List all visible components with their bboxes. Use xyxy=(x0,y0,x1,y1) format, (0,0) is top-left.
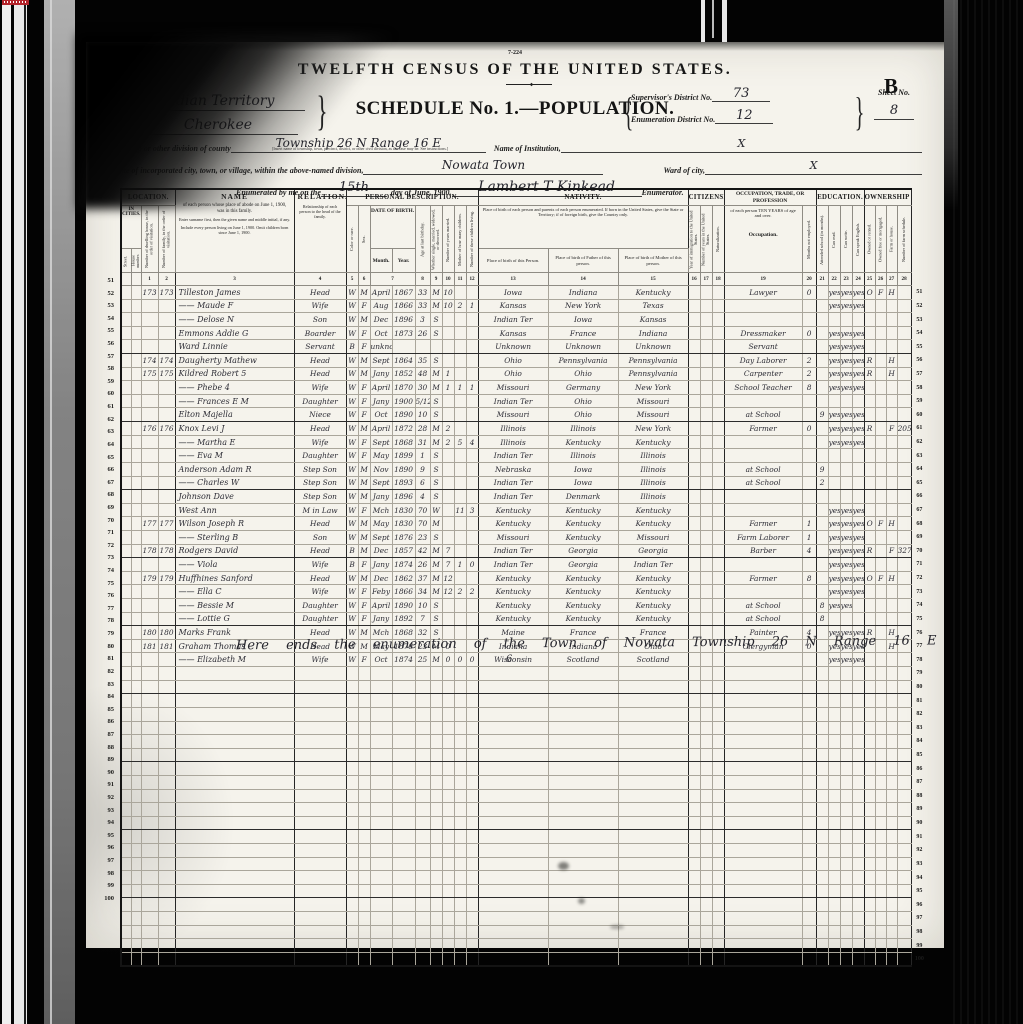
cell-fm: 180 xyxy=(158,626,175,640)
cell-lv: 1 xyxy=(466,381,478,395)
cell-age xyxy=(415,816,430,830)
left-line-number: 63 xyxy=(92,426,114,439)
header-can-speak-english: Can speak English. xyxy=(852,206,864,273)
left-line-number: 99 xyxy=(92,880,114,893)
cell-wr xyxy=(840,803,852,817)
cell-race xyxy=(346,871,358,885)
cell-ym: 1 xyxy=(442,367,454,381)
cell-age: 30 xyxy=(415,381,430,395)
cell-st xyxy=(121,612,131,626)
cell-rd: yes xyxy=(828,517,840,531)
cell-ch: 1 xyxy=(454,558,466,572)
cell-ms xyxy=(430,748,442,762)
census-row: 91 xyxy=(121,830,927,844)
cell-own xyxy=(864,871,875,885)
cell-rel xyxy=(294,871,346,885)
institution-value: X xyxy=(737,137,745,150)
cell-hn xyxy=(131,599,141,613)
cell-ch xyxy=(454,408,466,422)
cell-rel xyxy=(294,830,346,844)
cell-lv xyxy=(466,830,478,844)
cell-ln: 91 xyxy=(911,830,927,844)
cell-st xyxy=(121,544,131,558)
cell-pb: Indian Ter xyxy=(478,558,548,572)
cell-fh xyxy=(886,857,897,871)
cell-wr xyxy=(840,925,852,939)
cell-fm xyxy=(158,830,175,844)
cell-ch xyxy=(454,884,466,898)
cell-en xyxy=(852,952,864,966)
cell-yr xyxy=(392,925,415,939)
cell-name: Daugherty Mathew xyxy=(175,354,294,368)
cell-pb: Missouri xyxy=(478,408,548,422)
cell-na xyxy=(712,571,724,585)
ward-value: X xyxy=(810,159,818,172)
census-row: 84 xyxy=(121,735,927,749)
cell-sex xyxy=(358,912,370,926)
cell-ch xyxy=(454,612,466,626)
cell-na xyxy=(712,912,724,926)
cell-fm xyxy=(158,775,175,789)
cell-sex xyxy=(358,721,370,735)
cell-wr: yes xyxy=(840,503,852,517)
cell-free xyxy=(875,313,886,327)
cell-ch xyxy=(454,748,466,762)
cell-fm xyxy=(158,435,175,449)
cell-ch xyxy=(454,571,466,585)
cell-en xyxy=(852,939,864,953)
left-line-number: 55 xyxy=(92,325,114,338)
cell-name: —— Sterling B xyxy=(175,530,294,544)
cell-pb xyxy=(478,680,548,694)
cell-free xyxy=(875,530,886,544)
header-immigration-year: Year of immigration to the United States… xyxy=(688,206,700,273)
cell-pb: Iowa xyxy=(478,286,548,300)
cell-st xyxy=(121,367,131,381)
cell-occ xyxy=(724,694,802,708)
cell-hn xyxy=(131,517,141,531)
cell-race: W xyxy=(346,408,358,422)
cell-fh xyxy=(886,707,897,721)
cell-sex: F xyxy=(358,612,370,626)
cell-name: Wilson Joseph R xyxy=(175,517,294,531)
cell-ch: 11 xyxy=(454,503,466,517)
cell-rd: yes xyxy=(828,354,840,368)
cell-mne xyxy=(802,653,816,667)
cell-na xyxy=(712,517,724,531)
cell-ms: M xyxy=(430,435,442,449)
cell-mne xyxy=(802,871,816,885)
cell-occ xyxy=(724,816,802,830)
cell-na xyxy=(712,803,724,817)
cell-dw xyxy=(141,462,158,476)
cell-mne xyxy=(802,667,816,681)
left-line-number: 94 xyxy=(92,817,114,830)
cell-own xyxy=(864,612,875,626)
cell-fh xyxy=(886,340,897,354)
cell-yr: 1864 xyxy=(392,354,415,368)
cell-yr: 1896 xyxy=(392,490,415,504)
cell-hn xyxy=(131,394,141,408)
cell-sch xyxy=(816,871,828,885)
cell-race: W xyxy=(346,571,358,585)
cell-hn xyxy=(131,653,141,667)
cell-wr xyxy=(840,707,852,721)
cell-ym xyxy=(442,326,454,340)
cell-fm xyxy=(158,721,175,735)
cell-fh xyxy=(886,530,897,544)
cell-dw xyxy=(141,816,158,830)
cell-ym xyxy=(442,803,454,817)
cell-own xyxy=(864,748,875,762)
cell-free xyxy=(875,680,886,694)
cell-st xyxy=(121,286,131,300)
cell-im xyxy=(688,925,700,939)
left-line-number: 71 xyxy=(92,527,114,540)
cell-race: B xyxy=(346,558,358,572)
cell-fh xyxy=(886,653,897,667)
cell-ms: S xyxy=(430,476,442,490)
cell-free xyxy=(875,367,886,381)
cell-ch xyxy=(454,367,466,381)
cell-own xyxy=(864,462,875,476)
cell-en: yes xyxy=(852,422,864,436)
left-line-number: 81 xyxy=(92,653,114,666)
cell-wr xyxy=(840,694,852,708)
cell-sch xyxy=(816,585,828,599)
cell-free xyxy=(875,299,886,313)
cell-own xyxy=(864,667,875,681)
ink-smudge xyxy=(610,925,624,929)
census-row: 85 xyxy=(121,748,927,762)
cell-occ xyxy=(724,803,802,817)
cell-sex xyxy=(358,843,370,857)
cell-dw xyxy=(141,884,158,898)
header-year: Year. xyxy=(392,249,415,273)
cell-rd xyxy=(828,912,840,926)
cell-st xyxy=(121,354,131,368)
cell-pbf: Illinois xyxy=(548,422,618,436)
cell-sex xyxy=(358,707,370,721)
cell-sex: F xyxy=(358,381,370,395)
cell-yr xyxy=(392,721,415,735)
cell-lv: 0 xyxy=(466,558,478,572)
cell-age xyxy=(415,871,430,885)
cell-ch xyxy=(454,340,466,354)
cell-en xyxy=(852,830,864,844)
left-line-number: 67 xyxy=(92,477,114,490)
cell-pb xyxy=(478,843,548,857)
cell-pbf: Kentucky xyxy=(548,530,618,544)
cell-name xyxy=(175,939,294,953)
cell-wr: yes xyxy=(840,422,852,436)
cell-pbm: Kentucky xyxy=(618,435,688,449)
cell-own: O xyxy=(864,571,875,585)
cell-pbf: Unknown xyxy=(548,340,618,354)
cell-name: —— Bessie M xyxy=(175,599,294,613)
cell-ln: 75 xyxy=(911,612,927,626)
cell-rd: yes xyxy=(828,530,840,544)
cell-mo: Oct xyxy=(370,408,392,422)
cell-race: W xyxy=(346,449,358,463)
cell-ch xyxy=(454,925,466,939)
header-mother-children: Mother of how many children. xyxy=(454,206,466,273)
cell-age: 70 xyxy=(415,517,430,531)
census-row: —— Martha EWifeWFSept186831M254IllinoisK… xyxy=(121,435,927,449)
cell-sex xyxy=(358,898,370,912)
header-farm-schedule: Number of farm schedule. xyxy=(897,206,911,273)
cell-dw xyxy=(141,680,158,694)
cell-pbf: Illinois xyxy=(548,449,618,463)
cell-fm: 181 xyxy=(158,639,175,653)
cell-pb xyxy=(478,721,548,735)
cell-yu xyxy=(700,871,712,885)
cell-fm xyxy=(158,925,175,939)
cell-hn xyxy=(131,313,141,327)
cell-rd: yes xyxy=(828,571,840,585)
cell-ms xyxy=(430,871,442,885)
cell-ym xyxy=(442,340,454,354)
cell-yu xyxy=(700,340,712,354)
cell-yu xyxy=(700,544,712,558)
cell-fs xyxy=(897,748,911,762)
left-line-number: 100 xyxy=(92,893,114,906)
cell-age xyxy=(415,775,430,789)
cell-sch xyxy=(816,789,828,803)
cell-race xyxy=(346,667,358,681)
cell-lv xyxy=(466,707,478,721)
cell-yu xyxy=(700,898,712,912)
cell-wr xyxy=(840,748,852,762)
cell-na xyxy=(712,694,724,708)
cell-yu xyxy=(700,286,712,300)
cell-sex: M xyxy=(358,462,370,476)
cell-rel xyxy=(294,694,346,708)
cell-yr xyxy=(392,803,415,817)
cell-fs xyxy=(897,721,911,735)
cell-mne: 1 xyxy=(802,517,816,531)
left-line-number: 90 xyxy=(92,767,114,780)
cell-race: W xyxy=(346,653,358,667)
cell-age xyxy=(415,830,430,844)
cell-na xyxy=(712,558,724,572)
cell-pb: Kentucky xyxy=(478,571,548,585)
cell-occ xyxy=(724,721,802,735)
cell-mo xyxy=(370,762,392,776)
cell-sch xyxy=(816,530,828,544)
cell-pbm xyxy=(618,694,688,708)
cell-sex: F xyxy=(358,558,370,572)
header-line-col xyxy=(911,189,927,286)
cell-free: F xyxy=(875,517,886,531)
cell-im xyxy=(688,939,700,953)
cell-pbf: New York xyxy=(548,299,618,313)
cell-pbm xyxy=(618,803,688,817)
cell-pb: Indian Ter xyxy=(478,313,548,327)
cell-own xyxy=(864,843,875,857)
form-number: 7-224 xyxy=(86,50,944,56)
cell-fs xyxy=(897,585,911,599)
cell-free xyxy=(875,667,886,681)
cell-pb: Illinois xyxy=(478,435,548,449)
cell-im xyxy=(688,762,700,776)
cell-race: W xyxy=(346,422,358,436)
cell-na xyxy=(712,735,724,749)
cell-pbm xyxy=(618,925,688,939)
cell-yr: 1830 xyxy=(392,517,415,531)
cell-hn xyxy=(131,857,141,871)
cell-occ: at School xyxy=(724,612,802,626)
cell-pbf xyxy=(548,667,618,681)
cell-fm xyxy=(158,449,175,463)
cell-fs xyxy=(897,912,911,926)
left-line-numbers: 5152535455565758596061626364656667686970… xyxy=(92,275,114,905)
cell-name: —— Phebe 4 xyxy=(175,381,294,395)
cell-dw xyxy=(141,585,158,599)
header-education: EDUCATION. xyxy=(816,189,864,206)
cell-name xyxy=(175,775,294,789)
census-row: —— Charles WStep SonWMSept18936SIndian T… xyxy=(121,476,927,490)
cell-own xyxy=(864,721,875,735)
census-row: West AnnM in LawWFMch183070W113KentuckyK… xyxy=(121,503,927,517)
cell-rd: yes xyxy=(828,286,840,300)
cell-dw xyxy=(141,762,158,776)
cell-yr: 1866 xyxy=(392,585,415,599)
cell-free xyxy=(875,326,886,340)
cell-rd: yes xyxy=(828,544,840,558)
header-occupation-desc: of each person TEN YEARS of age and over… xyxy=(725,208,802,219)
cell-st xyxy=(121,639,131,653)
cell-yr xyxy=(392,912,415,926)
cell-race: W xyxy=(346,313,358,327)
cell-fs xyxy=(897,871,911,885)
cell-name xyxy=(175,857,294,871)
cell-en: yes xyxy=(852,571,864,585)
cell-dw xyxy=(141,476,158,490)
cell-ln: 73 xyxy=(911,585,927,599)
cell-pb xyxy=(478,775,548,789)
cell-occ: Lawyer xyxy=(724,286,802,300)
township-line: Township or other division of county Tow… xyxy=(110,134,922,153)
cell-sex xyxy=(358,884,370,898)
cell-lv xyxy=(466,612,478,626)
cell-name xyxy=(175,721,294,735)
cell-occ: Barber xyxy=(724,544,802,558)
cell-sch xyxy=(816,367,828,381)
cell-mo xyxy=(370,857,392,871)
cell-na xyxy=(712,530,724,544)
cell-ch: 2 xyxy=(454,585,466,599)
cell-sex xyxy=(358,939,370,953)
cell-fm xyxy=(158,503,175,517)
cell-rd: yes xyxy=(828,326,840,340)
cell-ln: 96 xyxy=(911,898,927,912)
cell-occ xyxy=(724,857,802,871)
cell-hn xyxy=(131,898,141,912)
cell-sch xyxy=(816,898,828,912)
cell-race xyxy=(346,789,358,803)
cell-rel: Wife xyxy=(294,558,346,572)
cell-own xyxy=(864,476,875,490)
cell-own xyxy=(864,925,875,939)
cell-ym: 2 xyxy=(442,422,454,436)
cell-name xyxy=(175,735,294,749)
cell-wr xyxy=(840,612,852,626)
cell-fm xyxy=(158,857,175,871)
cell-fs xyxy=(897,449,911,463)
cell-im xyxy=(688,694,700,708)
cell-own xyxy=(864,394,875,408)
cell-mo: Dec xyxy=(370,544,392,558)
cell-lv xyxy=(466,530,478,544)
cell-fs xyxy=(897,898,911,912)
cell-pb: Kansas xyxy=(478,326,548,340)
cell-own xyxy=(864,299,875,313)
cell-ym: 7 xyxy=(442,544,454,558)
cell-pbm xyxy=(618,830,688,844)
cell-im xyxy=(688,898,700,912)
cell-pbf: Georgia xyxy=(548,558,618,572)
header-name-title: NAME xyxy=(179,192,291,201)
left-line-number: 68 xyxy=(92,489,114,502)
cell-lv xyxy=(466,857,478,871)
header-street: Street. xyxy=(121,249,131,273)
cell-fs xyxy=(897,476,911,490)
census-row: Ward LinnieServantBFunknownUnknownUnknow… xyxy=(121,340,927,354)
cell-dw: 178 xyxy=(141,544,158,558)
cell-lv xyxy=(466,816,478,830)
cell-en: yes xyxy=(852,435,864,449)
cell-ln: 70 xyxy=(911,544,927,558)
cell-own xyxy=(864,884,875,898)
cell-ym xyxy=(442,462,454,476)
cell-mo: Jany xyxy=(370,612,392,626)
cell-ms xyxy=(430,925,442,939)
cell-race: W xyxy=(346,585,358,599)
cell-mo: Jany xyxy=(370,394,392,408)
cell-ln: 94 xyxy=(911,871,927,885)
cell-lv: 2 xyxy=(466,585,478,599)
cell-dw xyxy=(141,871,158,885)
cell-yr: 1890 xyxy=(392,462,415,476)
cell-sex xyxy=(358,775,370,789)
cell-yu xyxy=(700,925,712,939)
cell-ln: 55 xyxy=(911,340,927,354)
cell-rel: Head xyxy=(294,571,346,585)
cell-na xyxy=(712,843,724,857)
left-line-number: 73 xyxy=(92,552,114,565)
cell-own: O xyxy=(864,286,875,300)
cell-age xyxy=(415,762,430,776)
cell-pbf xyxy=(548,952,618,966)
city-line: Name of incorporated city, town, or vill… xyxy=(110,156,922,175)
cell-ln: 99 xyxy=(911,939,927,953)
cell-mo: Dec xyxy=(370,313,392,327)
cell-name: Elton Majella xyxy=(175,408,294,422)
left-line-number: 95 xyxy=(92,830,114,843)
cell-pbf xyxy=(548,884,618,898)
cell-ln: 98 xyxy=(911,925,927,939)
cell-occ: at School xyxy=(724,408,802,422)
cell-ln: 66 xyxy=(911,490,927,504)
cell-occ xyxy=(724,898,802,912)
cell-occ xyxy=(724,653,802,667)
cell-pbm xyxy=(618,762,688,776)
cell-free xyxy=(875,939,886,953)
cell-en xyxy=(852,816,864,830)
cell-ch xyxy=(454,476,466,490)
cell-own xyxy=(864,680,875,694)
